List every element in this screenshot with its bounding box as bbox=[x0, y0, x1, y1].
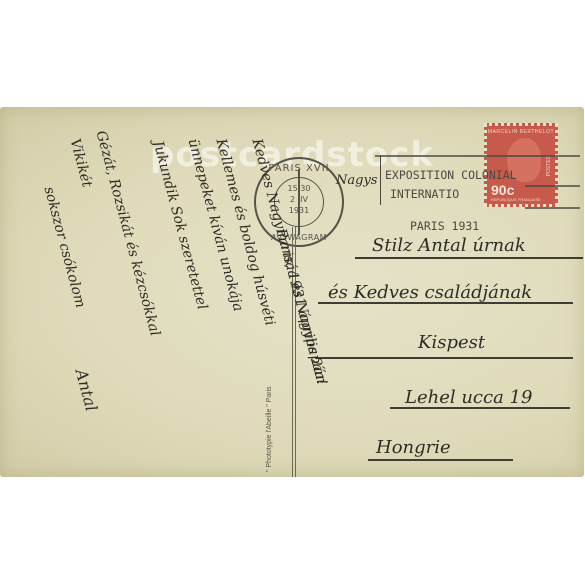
postcard-back: postcardstock MARCELIN BERTHELOT POSTES … bbox=[0, 107, 584, 477]
cancel-bar bbox=[525, 185, 580, 187]
cancel-bar bbox=[375, 155, 580, 157]
message-line-8: sokszor csókolom bbox=[41, 185, 89, 310]
machine-cancellation: EXPOSITION COLONIAL INTERNATIO PARIS 193… bbox=[375, 145, 580, 205]
address-extra: Nagys bbox=[336, 173, 377, 188]
address-line-4: Lehel ucca 19 bbox=[405, 387, 532, 408]
address-rule bbox=[318, 302, 573, 304]
address-line-2: és Kedves családjának bbox=[328, 282, 532, 303]
address-rule bbox=[315, 357, 573, 359]
cancel-bar bbox=[525, 207, 580, 209]
stamp-name: MARCELIN BERTHELOT bbox=[487, 129, 555, 135]
address-rule bbox=[355, 257, 583, 259]
message-line-7: Vikikét bbox=[67, 137, 95, 189]
address-rule bbox=[390, 407, 570, 409]
address-line-3: Kispest bbox=[418, 332, 485, 353]
cancel-frame bbox=[380, 155, 381, 205]
cancel-line-2: INTERNATIO bbox=[390, 187, 459, 201]
cancel-line-3: PARIS 1931 bbox=[410, 219, 479, 233]
publisher-imprint: " Phototypie l'Abeille " Paris bbox=[266, 386, 273, 472]
signature: Antal bbox=[72, 367, 101, 413]
postmark-street: AV. WAGRAM bbox=[256, 233, 342, 242]
address-line-1: Stilz Antal úrnak bbox=[372, 235, 526, 256]
address-rule bbox=[368, 459, 513, 461]
address-line-5: Hongrie bbox=[376, 437, 451, 458]
cancel-line-1: EXPOSITION COLONIAL bbox=[385, 168, 517, 182]
